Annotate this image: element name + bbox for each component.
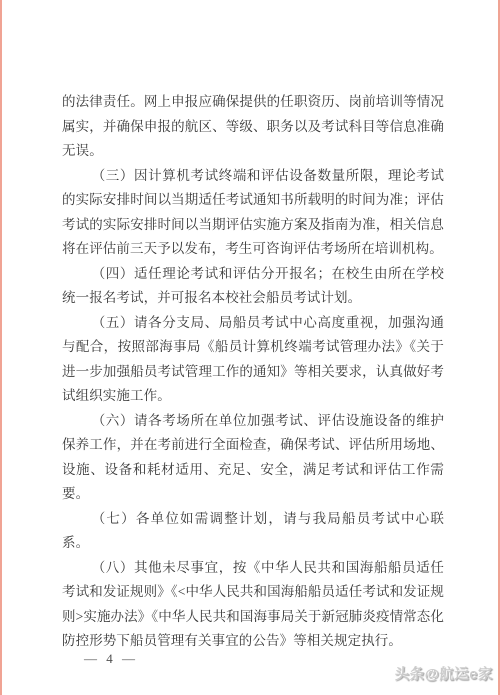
paragraph: （八）其他未尽事宜，按《中华人民共和国海船船员适任考试和发证规则》《<中华人民共… bbox=[62, 556, 444, 654]
paragraph: （六）请各考场所在单位加强考试、评估设施设备的维护保养工作，并在考前进行全面检查… bbox=[62, 409, 444, 507]
paragraph: （七）各单位如需调整计划，请与我局船员考试中心联系。 bbox=[62, 507, 444, 556]
paragraph: （三）因计算机考试终端和评估设备数量所限，理论考试的实际安排时间以当期适任考试通… bbox=[62, 164, 444, 262]
paragraph: 的法律责任。网上申报应确保提供的任职资历、岗前培训等情况属实，并确保申报的航区、… bbox=[62, 90, 444, 164]
paragraph: （四）适任理论考试和评估分开报名；在校生由所在学校统一报名考试，并可报名本校社会… bbox=[62, 262, 444, 311]
page-number: — 4 — bbox=[84, 651, 138, 667]
paragraph: （五）请各分支局、局船员考试中心高度重视，加强沟通与配合，按照部海事局《船员计算… bbox=[62, 311, 444, 409]
document-body: 的法律责任。网上申报应确保提供的任职资历、岗前培训等情况属实，并确保申报的航区、… bbox=[62, 90, 444, 654]
left-edge-line bbox=[0, 0, 2, 695]
document-page: 的法律责任。网上申报应确保提供的任职资历、岗前培训等情况属实，并确保申报的航区、… bbox=[0, 0, 500, 695]
watermark-toutiao: 头条@航运e家 bbox=[395, 663, 493, 684]
